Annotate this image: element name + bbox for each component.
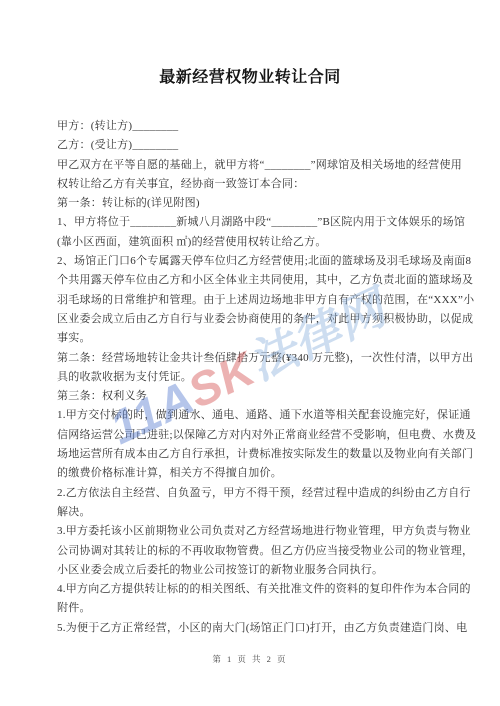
contract-line: 权转让给乙方有关事宜，经协商一致签订本合同：: [57, 175, 450, 194]
contract-line: 小区业委会成立后委托的物业公司按签订的新物业服务合同执行。: [57, 561, 450, 580]
contract-line: 场地运营所有成本由乙方自行承担，计费标准按实际发生的数量以及物业向有关部门: [57, 445, 450, 464]
contract-line: 第一条：转让标的(详见附图): [57, 194, 450, 213]
contract-line: 2、场馆正门口6个专属露天停车位归乙方经营使用;北面的篮球场及羽毛球场及南面8: [57, 252, 450, 271]
contract-line: 5.为便于乙方正常经营，小区的南大门(场馆正门口)打开，由乙方负责建造门岗、电: [57, 619, 450, 638]
contract-line: 甲乙双方在平等自愿的基础上，就甲方将“________”网球馆及相关场地的经营使…: [57, 156, 450, 175]
contract-line: 的缴费价格标准计算，相关方不得擅自加价。: [57, 464, 450, 483]
contract-line: 3.甲方委托该小区前期物业公司负责对乙方经营场地进行物业管理，甲方负责与物业: [57, 522, 450, 541]
contract-title: 最新经营权物业转让合同: [0, 64, 500, 87]
contract-line: 4.甲方向乙方提供转让标的的相关图纸、有关批准文件的资料的复印件作为本合同的: [57, 580, 450, 599]
contract-line: 甲方：(转让方)________: [57, 117, 450, 136]
contract-line: 信网络运营公司已进驻;以保障乙方对内对外正常商业经营不受影响，但电费、水费及: [57, 426, 450, 445]
contract-line: 区业委会成立后由乙方自行与业委会协商使用的条件，对此甲方须积极协助，以促成: [57, 310, 450, 329]
contract-line: 具的收款收据为支付凭证。: [57, 368, 450, 387]
contract-line: 乙方：(受让方)________: [57, 136, 450, 155]
contract-line: 解决。: [57, 503, 450, 522]
contract-line: 个共用露天停车位由乙方和小区全体业主共同使用，其中，乙方负责北面的篮球场及: [57, 271, 450, 290]
contract-line: 附件。: [57, 599, 450, 618]
contract-line: 羽毛球场的日常维护和管理。由于上述周边场地非甲方自有产权的范围，在“XXX”小: [57, 291, 450, 310]
contract-line: 2.乙方依法自主经营、自负盈亏，甲方不得干预，经营过程中造成的纠纷由乙方自行: [57, 484, 450, 503]
contract-page: 最新经营权物业转让合同 11ASK法律网 甲方：(转让方)________乙方：…: [0, 0, 500, 706]
contract-line: 公司协调对其转让的标的不再收取物管费。但乙方仍应当接受物业公司的物业管理，: [57, 542, 450, 561]
contract-line: (靠小区西面，建筑面积 ㎡)的经营使用权转让给乙方。: [57, 233, 450, 252]
contract-line: 1、甲方将位于________新城八月湖路中段“________”B区院内用于文…: [57, 213, 450, 232]
contract-line: 事实。: [57, 329, 450, 348]
contract-line: 1.甲方交付标的时，做到通水、通电、通路、通下水道等相关配套设施完好，保证通: [57, 406, 450, 425]
contract-line: 第二条：经营场地转让金共计叁佰肆拾万元整(¥340 万元整)，一次性付清，以甲方…: [57, 349, 450, 368]
contract-body: 甲方：(转让方)________乙方：(受让方)________甲乙双方在平等自…: [57, 117, 450, 638]
contract-line: 第三条：权利义务: [57, 387, 450, 406]
page-number: 第 1 页 共 2 页: [0, 653, 500, 665]
